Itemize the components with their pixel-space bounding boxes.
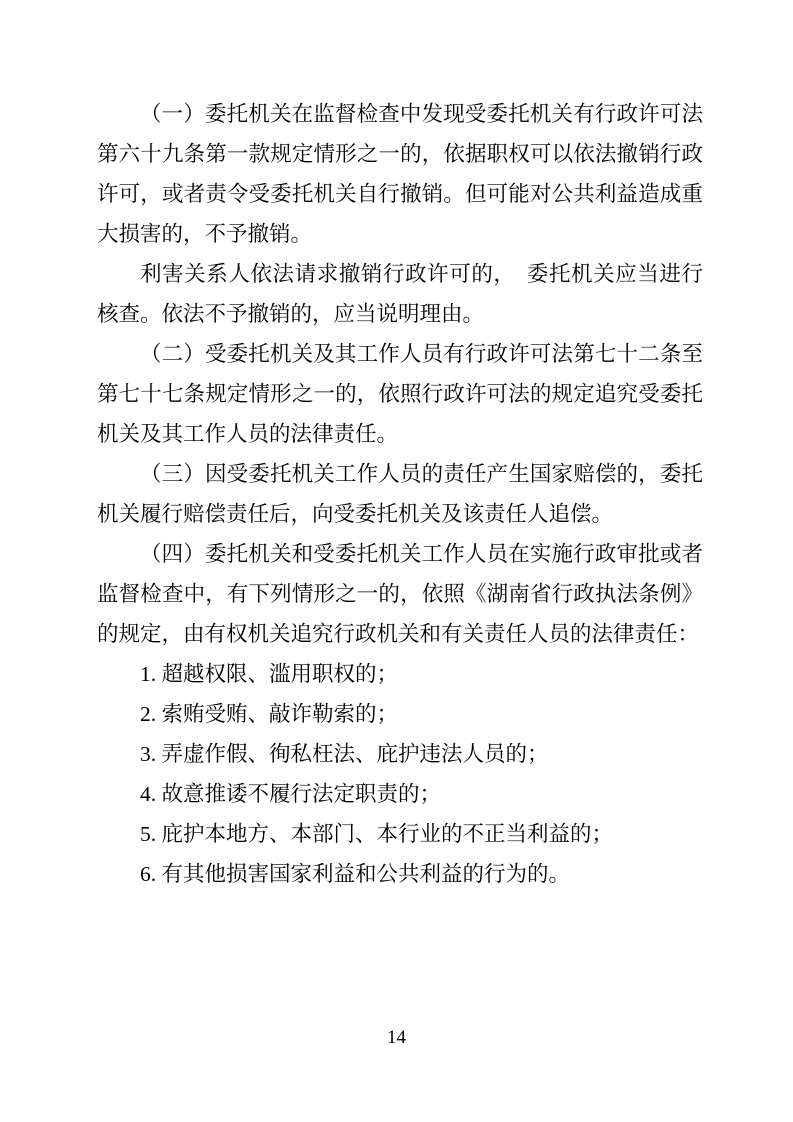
document-body: （一）委托机关在监督检查中发现受委托机关有行政许可法第六十九条第一款规定情形之一… <box>97 94 703 894</box>
list-item: 5. 庇护本地方、本部门、本行业的不正当利益的； <box>97 814 703 854</box>
paragraph: （三）因受委托机关工作人员的责任产生国家赔偿的，委托机关履行赔偿责任后，向受委托… <box>97 454 703 534</box>
list-item: 1. 超越权限、滥用职权的； <box>97 654 703 694</box>
paragraph: （二）受委托机关及其工作人员有行政许可法第七十二条至第七十七条规定情形之一的，依… <box>97 334 703 454</box>
list-item: 2. 索贿受贿、敲诈勒索的； <box>97 694 703 734</box>
paragraph: （四）委托机关和受委托机关工作人员在实施行政审批或者监督检查中，有下列情形之一的… <box>97 534 703 654</box>
paragraph: （一）委托机关在监督检查中发现受委托机关有行政许可法第六十九条第一款规定情形之一… <box>97 94 703 254</box>
list-item: 6. 有其他损害国家利益和公共利益的行为的。 <box>97 854 703 894</box>
page-number: 14 <box>0 1024 793 1052</box>
list-item: 3. 弄虚作假、徇私枉法、庇护违法人员的； <box>97 734 703 774</box>
paragraph: 利害关系人依法请求撤销行政许可的， 委托机关应当进行核查。依法不予撤销的，应当说… <box>97 254 703 334</box>
document-page: （一）委托机关在监督检查中发现受委托机关有行政许可法第六十九条第一款规定情形之一… <box>0 0 793 1122</box>
list-item: 4. 故意推诿不履行法定职责的； <box>97 774 703 814</box>
